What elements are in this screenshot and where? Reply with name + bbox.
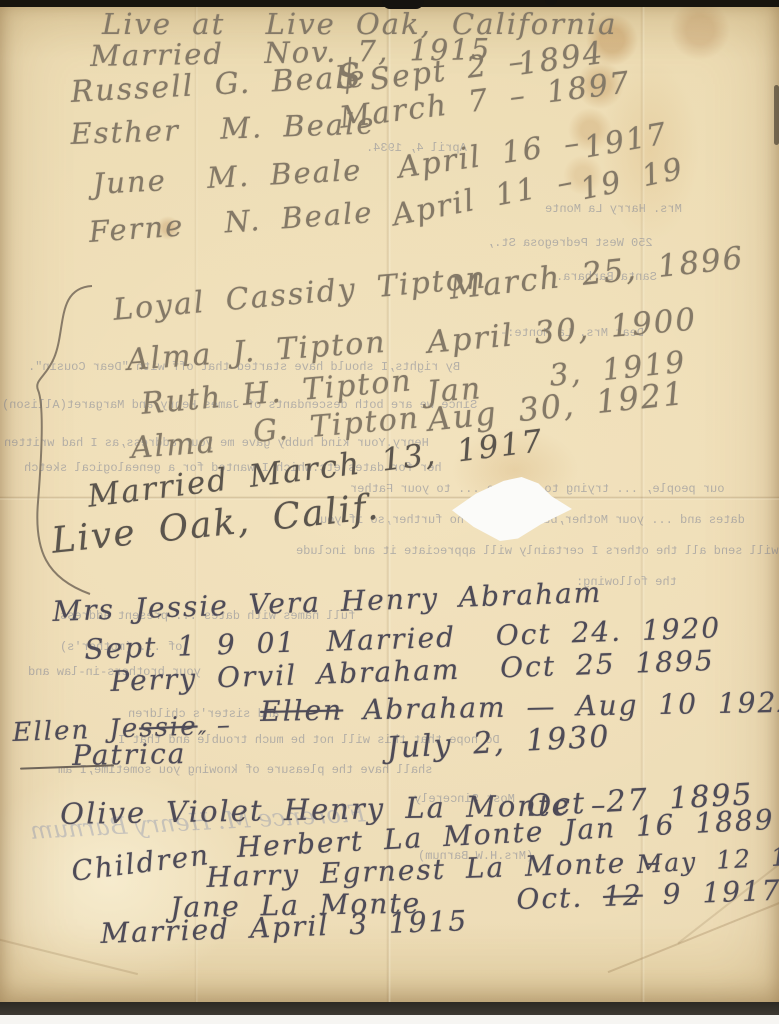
struck-text: 12 xyxy=(603,879,644,913)
text-run: Patrica xyxy=(72,737,187,772)
paper-edge-notch xyxy=(382,0,424,9)
struck-text: Ellen xyxy=(260,694,344,728)
text-run: 9 1917 xyxy=(642,874,779,912)
text-run: Alma xyxy=(130,425,218,466)
line-married-april-3-1915: Married April 3 1915 xyxy=(100,907,469,948)
date-july-2-1930: July 2, 1930 xyxy=(386,722,611,764)
text-run: Loyal Cassidy Tipton xyxy=(112,260,489,328)
line-june-m-beale: June M. Beale xyxy=(92,156,363,199)
text-run: Ferne N. Beale xyxy=(88,195,375,249)
paper-sheet: Live at Live Oak, CaliforniaMarried Nov.… xyxy=(0,0,779,1003)
text-run: $ xyxy=(334,50,366,99)
text-run: Esther M. Beale xyxy=(70,106,376,151)
label-children: Children xyxy=(70,841,212,886)
scan-edge-right xyxy=(774,85,779,145)
text-run: Mrs. Harry La Monte xyxy=(545,202,682,216)
ditto-mark: ″ xyxy=(198,730,208,752)
line-loyal-cassidy-tipton: Loyal Cassidy Tipton xyxy=(112,263,488,326)
line-patrica: Patrica xyxy=(72,740,187,770)
scan-edge-bottom xyxy=(0,1002,779,1015)
text-run: March 25, 1896 xyxy=(448,240,746,307)
scan-margin-white xyxy=(0,1015,779,1024)
line-ferne-n-beale: Ferne N. Beale xyxy=(88,198,374,247)
text-run: July 2, 1930 xyxy=(386,719,611,766)
text-run: will send all the others I certainly wil… xyxy=(296,544,778,558)
flourish-mark: $ xyxy=(334,53,365,96)
text-run: Abraham — Aug 10 1922 xyxy=(343,686,779,727)
typed-bleedthrough-line: will send all the others I certainly wil… xyxy=(296,545,778,557)
text-run: Children xyxy=(70,838,212,888)
line-alma: Alma xyxy=(130,428,217,464)
date-oct-9-1917: Oct. 12 9 1917 xyxy=(516,877,779,914)
typed-bleedthrough-line: 250 West Pedregosa St., xyxy=(487,237,653,249)
text-run: Oct. xyxy=(516,880,604,916)
text-run: June M. Beale xyxy=(92,153,363,201)
line-esther-m-beale: Esther M. Beale xyxy=(70,109,376,149)
line-ellen-abraham: Ellen Abraham — Aug 10 1922 xyxy=(260,689,779,726)
text-run: Married April 3 1915 xyxy=(100,904,469,950)
text-run: 250 West Pedregosa St., xyxy=(487,236,653,250)
date-march-25-1896: March 25, 1896 xyxy=(448,243,746,305)
typed-bleedthrough-line: Mrs. Harry La Monte xyxy=(545,203,682,215)
scanned-letter: Live at Live Oak, CaliforniaMarried Nov.… xyxy=(0,0,779,1024)
text-run: ″ xyxy=(198,728,208,753)
